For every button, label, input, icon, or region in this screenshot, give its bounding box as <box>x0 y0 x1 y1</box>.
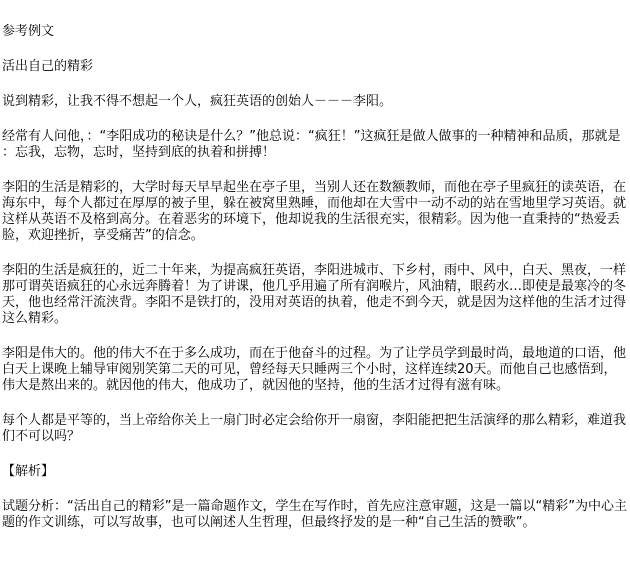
essay-paragraph: 李阳的生活是精彩的，大学时每天早早起坐在亭子里，当别人还在数额教师，而他在亭子里… <box>2 180 628 244</box>
reference-label: 参考例文 <box>2 24 628 40</box>
analysis-heading: 【解析】 <box>2 464 628 480</box>
analysis-text: 试题分析：“活出自己的精彩”是一篇命题作文，学生在写作时，首先应注意审题，这是一… <box>2 499 628 531</box>
essay-paragraph: 经常有人问他，：“李阳成功的秘诀是什么？”他总说：“疯狂！”这疯狂是做人做事的一… <box>2 129 628 161</box>
essay-paragraph: 李阳是伟大的。他的伟大不在于多么成功，而在于他奋斗的过程。为了让学员学到最时尚，… <box>2 346 628 394</box>
essay-paragraph: 李阳的生活是疯狂的，近二十年来，为提高疯狂英语，李阳进城市、下乡村，雨中、风中，… <box>2 263 628 327</box>
essay-paragraph: 每个人都是平等的，当上帝给你关上一扇门时必定会给你开一扇窗，李阳能把把生活演绎的… <box>2 413 628 445</box>
essay-paragraph: 说到精彩，让我不得不想起一个人，疯狂英语的创始人－－－李阳。 <box>2 94 628 110</box>
essay-title: 活出自己的精彩 <box>2 59 628 75</box>
document: 参考例文 活出自己的精彩 说到精彩，让我不得不想起一个人，疯狂英语的创始人－－－… <box>0 0 630 531</box>
